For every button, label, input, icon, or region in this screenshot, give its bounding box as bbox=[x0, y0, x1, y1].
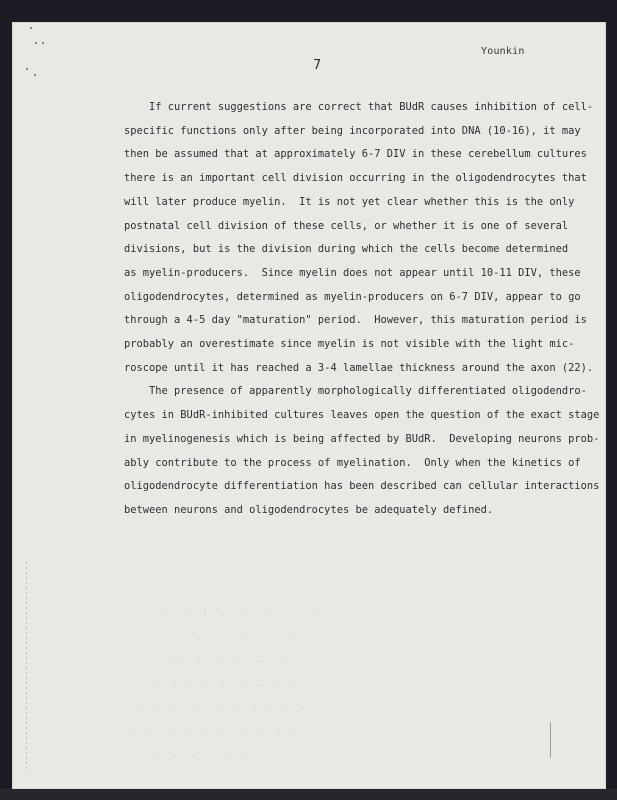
scanner-background bbox=[0, 789, 617, 800]
paragraph-2: The presence of apparently morphological… bbox=[124, 380, 564, 522]
text-line: divisions, but is the division during wh… bbox=[124, 238, 564, 262]
text-line: oligodendrocyte differentiation has been… bbox=[124, 475, 564, 499]
text-line: will later produce myelin. It is not yet… bbox=[124, 191, 564, 215]
text-line: specific functions only after being inco… bbox=[124, 120, 564, 144]
text-line: oligodendrocytes, determined as myelin-p… bbox=[124, 286, 564, 310]
scan-speck bbox=[35, 42, 37, 44]
scan-frame: . . : . . . . . . . . . . . . . . . . . … bbox=[0, 0, 617, 800]
text-line: roscope until it has reached a 3-4 lamel… bbox=[124, 357, 564, 381]
text-line: then be assumed that at approximately 6-… bbox=[124, 143, 564, 167]
scan-speck bbox=[26, 68, 28, 70]
text-line: in myelinogenesis which is being affecte… bbox=[124, 428, 564, 452]
running-header-author: Younkin bbox=[481, 46, 525, 57]
scan-speck bbox=[34, 74, 36, 76]
text-line: through a 4-5 day "maturation" period. H… bbox=[124, 309, 564, 333]
text-line: ably contribute to the process of myelin… bbox=[124, 452, 564, 476]
text-line: as myelin-producers. Since myelin does n… bbox=[124, 262, 564, 286]
bleed-through-text: . . : . . . . . . . . . . . . . . . . . … bbox=[112, 602, 552, 767]
text-line: The presence of apparently morphological… bbox=[124, 380, 564, 404]
text-line: postnatal cell division of these cells, … bbox=[124, 215, 564, 239]
text-line: between neurons and oligodendrocytes be … bbox=[124, 499, 564, 523]
paragraph-1: If current suggestions are correct that … bbox=[124, 96, 564, 380]
text-line: cytes in BUdR-inhibited cultures leaves … bbox=[124, 404, 564, 428]
body-text: If current suggestions are correct that … bbox=[124, 96, 564, 523]
scan-mark bbox=[550, 722, 551, 758]
text-line: there is an important cell division occu… bbox=[124, 167, 564, 191]
page-number: 7 bbox=[313, 58, 321, 73]
text-line: If current suggestions are correct that … bbox=[124, 96, 564, 120]
text-line: probably an overestimate since myelin is… bbox=[124, 333, 564, 357]
scan-speck bbox=[42, 42, 44, 44]
margin-rule bbox=[26, 562, 27, 772]
scan-speck bbox=[30, 27, 32, 29]
